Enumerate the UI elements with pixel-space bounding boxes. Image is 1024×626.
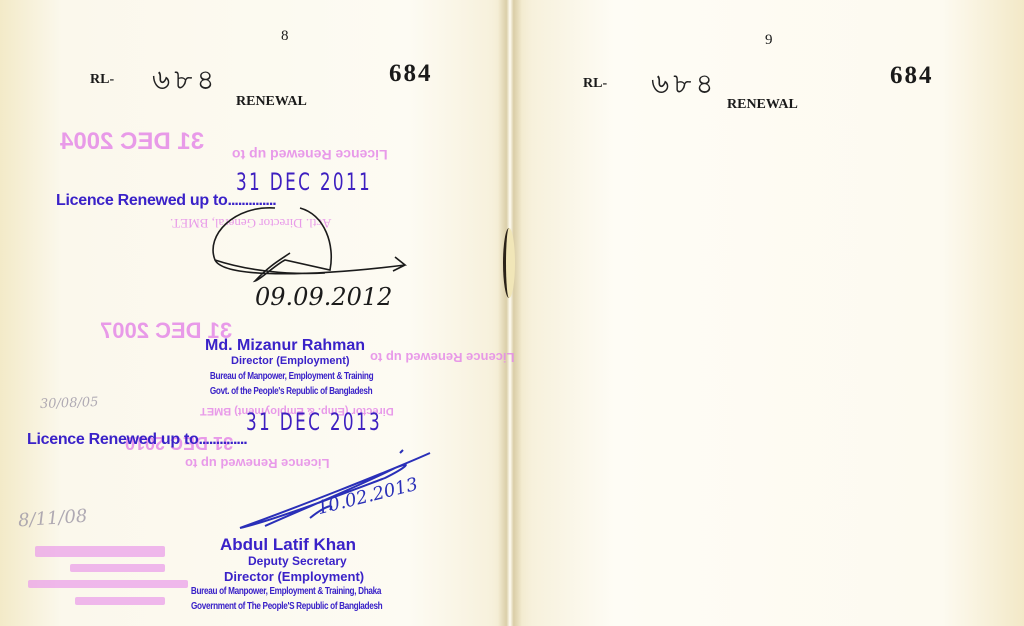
rl-number: 684 — [890, 62, 934, 90]
faded-stamp-date-2004: 31 DEC 2004 — [60, 128, 204, 156]
faded-stamp-block — [35, 546, 165, 557]
pencil-note-1: 30/08/05 — [40, 395, 99, 412]
renewal-1-officer-govt: Govt. of the People's Republic of Bangla… — [210, 386, 372, 397]
renewal-2-officer-title-1: Deputy Secretary — [248, 554, 347, 568]
rl-label: RL- — [583, 76, 607, 92]
page-number: 8 — [281, 28, 289, 45]
pencil-note-2: 8/11/08 — [17, 506, 88, 532]
rl-number: 684 — [389, 60, 433, 88]
faded-stamp-block — [75, 597, 165, 605]
right-page: 9 RL- ৬৮৪ 684 RENEWAL — [515, 0, 1024, 626]
renewal-1-signature-date: 09.09.2012 — [255, 283, 392, 311]
passport-booklet-spread: 8 RL- ৬৮৪ 684 RENEWAL 31 DEC 2004 Licenc… — [0, 0, 1024, 626]
rl-label: RL- — [90, 72, 114, 88]
renewal-1-officer-name: Md. Mizanur Rahman — [205, 337, 365, 355]
renewal-2-officer-govt: Government of The People'S Republic of B… — [191, 601, 382, 612]
left-page: 8 RL- ৬৮৪ 684 RENEWAL 31 DEC 2004 Licenc… — [0, 0, 505, 626]
renewal-2-officer-org: Bureau of Manpower, Employment & Trainin… — [191, 586, 381, 597]
renewal-2-date-stamp: 31 DEC 2013 — [246, 408, 382, 436]
renewal-2-officer-name: Abdul Latif Khan — [220, 535, 356, 555]
rl-bangla-number: ৬৮৪ — [651, 62, 718, 109]
rl-bangla-number: ৬৮৪ — [152, 58, 219, 105]
page-number: 9 — [765, 32, 773, 49]
faded-stamp-renewed-1: Licence Renewed up to — [232, 147, 388, 163]
renewal-1-officer-title: Director (Employment) — [231, 355, 350, 367]
faded-stamp-block — [70, 564, 165, 572]
renewal-2-label: Licence Renewed up to.............. — [27, 431, 247, 449]
renewal-heading: RENEWAL — [236, 94, 307, 110]
faded-stamp-block — [28, 580, 188, 588]
renewal-2-officer-title-2: Director (Employment) — [224, 569, 364, 584]
renewal-1-officer-org: Bureau of Manpower, Employment & Trainin… — [210, 371, 373, 382]
faded-stamp-renewed-2: Licence Renewed up to — [370, 350, 514, 365]
renewal-heading: RENEWAL — [727, 97, 798, 113]
signature-1 — [205, 205, 415, 290]
